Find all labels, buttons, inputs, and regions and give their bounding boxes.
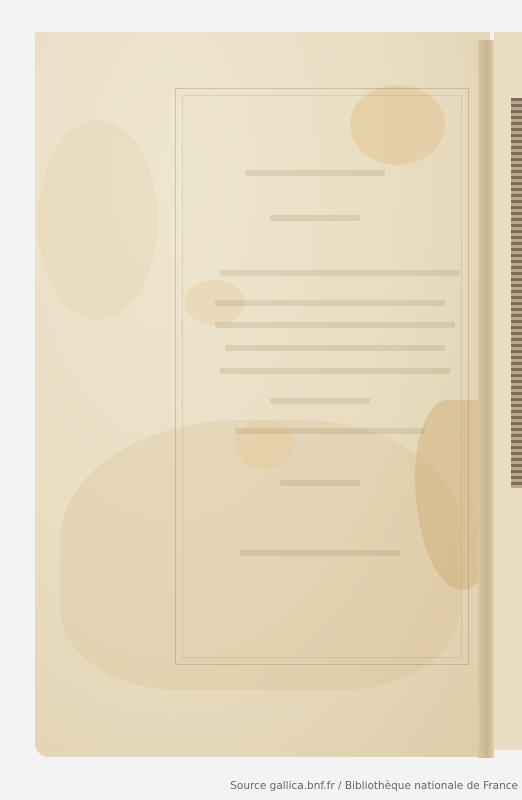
show-through-text xyxy=(280,480,360,486)
document-viewer: Source gallica.bnf.fr / Bibliothèque nat… xyxy=(0,0,522,800)
show-through-text xyxy=(215,300,445,306)
source-credit: Source gallica.bnf.fr / Bibliothèque nat… xyxy=(230,780,518,792)
show-through-text xyxy=(220,368,450,374)
show-through-text xyxy=(240,550,400,556)
show-through-text xyxy=(215,322,455,328)
show-through-text xyxy=(220,270,460,276)
ornamental-border xyxy=(511,98,522,488)
show-through-text xyxy=(225,345,445,351)
book-gutter xyxy=(478,40,494,758)
show-through-text xyxy=(235,428,425,434)
show-through-text xyxy=(270,215,360,221)
show-through-inner-border xyxy=(182,95,462,658)
show-through-text xyxy=(245,170,385,176)
paper-stain xyxy=(38,120,158,320)
show-through-text xyxy=(270,398,370,404)
